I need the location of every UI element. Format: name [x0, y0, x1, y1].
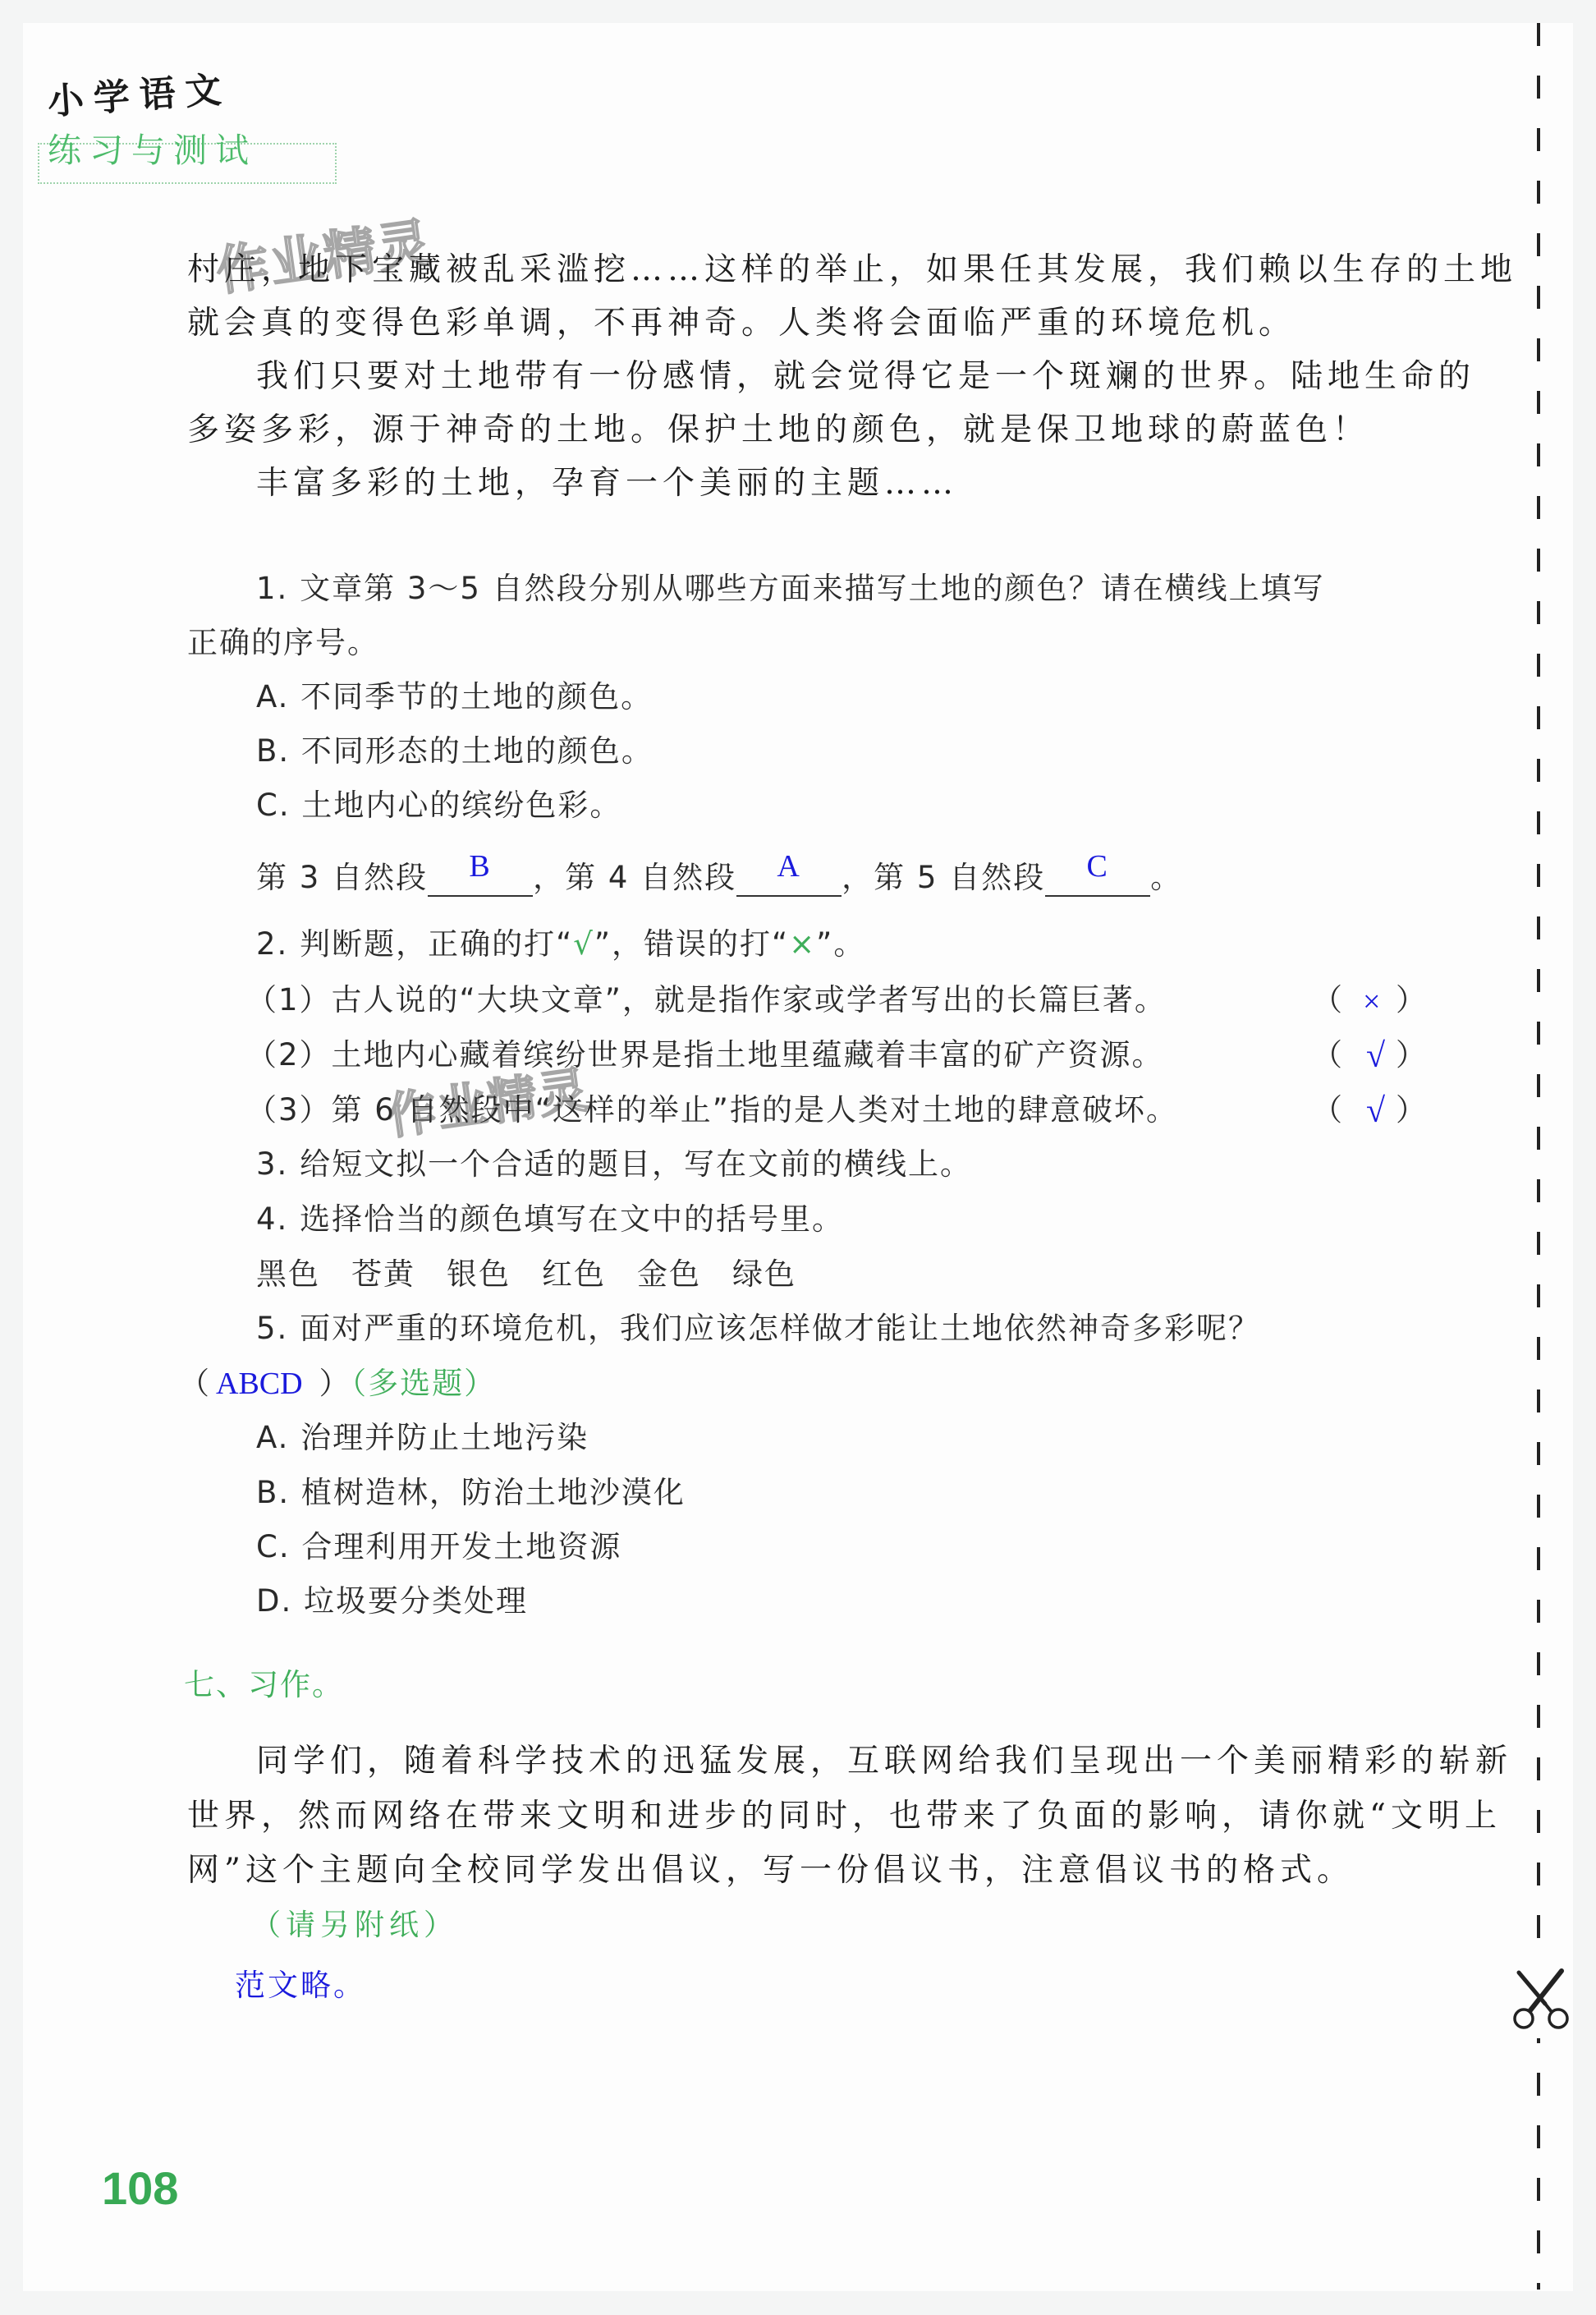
section7-prompt-line: 世界，然而网络在带来文明和进步的同时，也带来了负面的影响，请你就“文明上 — [187, 1798, 1502, 1835]
q1-p5-blank[interactable]: C — [1045, 859, 1150, 897]
q2-answer-3-open: （ — [1312, 1091, 1344, 1129]
q1-option-c: C. 土地内心的缤纷色彩。 — [256, 787, 621, 824]
q2-item-3: （3）第 6 自然段中“这样的举止”指的是人类对土地的肆意破坏。 — [246, 1091, 1178, 1129]
q1-p4-answer: A — [736, 847, 842, 885]
q5-option-d: D. 垃圾要分类处理 — [256, 1582, 528, 1620]
passage-line: 丰富多彩的土地，孕育一个美丽的主题…… — [256, 465, 958, 503]
q1-option-b: B. 不同形态的土地的颜色。 — [256, 733, 654, 770]
cut-line — [1537, 23, 1540, 2290]
q2-answer-3[interactable]: √ — [1366, 1091, 1385, 1131]
q4-stem: 4. 选择恰当的颜色填写在文中的括号里。 — [256, 1201, 844, 1238]
q5-answer-row: （ABCD）（多选题） — [179, 1365, 496, 1403]
q1-fill-end: 。 — [1150, 860, 1182, 895]
q2-answer-1-open: （ — [1312, 981, 1344, 1019]
q1-fill-row: 第 3 自然段B，第 4 自然段A，第 5 自然段C。 — [256, 859, 1182, 897]
q2-answer-2-close: ） — [1396, 1036, 1428, 1074]
series-subtitle: 练习与测试 — [48, 123, 257, 172]
q1-p3-answer: B — [428, 847, 533, 885]
passage-line: 多姿多彩，源于神奇的土地。保护土地的颜色，就是保卫地球的蔚蓝色！ — [187, 411, 1369, 449]
q5-option-b: B. 植树造林，防治土地沙漠化 — [256, 1474, 686, 1512]
q5-option-c: C. 合理利用开发土地资源 — [256, 1528, 621, 1566]
q2-answer-1[interactable]: × — [1363, 984, 1380, 1020]
q5-stem: 5. 面对严重的环境危机，我们应该怎样做才能让土地依然神奇多彩呢？ — [256, 1310, 1260, 1348]
q3-stem: 3. 给短文拟一个合适的题目，写在文前的横线上。 — [256, 1146, 972, 1183]
color-option: 苍黄 — [351, 1256, 415, 1292]
color-option: 金色 — [637, 1256, 701, 1292]
color-option: 红色 — [542, 1256, 606, 1292]
q1-p4-blank[interactable]: A — [736, 859, 842, 897]
section7-prompt-line: 同学们，随着科学技术的迅猛发展，互联网给我们呈现出一个美丽精彩的崭新 — [256, 1743, 1512, 1780]
q2-stem-suffix: ”。 — [816, 926, 865, 962]
q2-stem: 2. 判断题，正确的打“√”，错误的打“×”。 — [256, 926, 865, 963]
q1-p5-label: ，第 5 自然段 — [842, 860, 1045, 895]
color-option: 黑色 — [256, 1256, 320, 1292]
q2-answer-3-close: ） — [1396, 1091, 1428, 1129]
q1-p3-label: 第 3 自然段 — [256, 860, 428, 895]
check-symbol: √ — [573, 926, 594, 962]
q2-stem-mid: ”，错误的打“ — [594, 926, 789, 962]
q1-stem-cont: 正确的序号。 — [187, 624, 379, 662]
q5-note: （多选题） — [351, 1366, 497, 1401]
q2-stem-prefix: 2. 判断题，正确的打“ — [256, 926, 573, 962]
q5-paren-open: （ — [179, 1366, 211, 1401]
q2-item-1: （1）古人说的“大块文章”，就是指作家或学者写出的长篇巨著。 — [246, 981, 1167, 1019]
q2-answer-2-open: （ — [1312, 1036, 1344, 1074]
passage-line: 就会真的变得色彩单调，不再神奇。人类将会面临严重的环境危机。 — [187, 305, 1296, 342]
attach-note: （请另附纸） — [251, 1907, 458, 1945]
q1-p3-blank[interactable]: B — [428, 859, 533, 897]
q2-item-2: （2）土地内心藏着缤纷世界是指土地里蕴藏着丰富的矿产资源。 — [246, 1036, 1164, 1074]
q5-answer[interactable]: ABCD — [216, 1366, 303, 1401]
section7-prompt-line: 网”这个主题向全校同学发出倡议，写一份倡议书，注意倡议书的格式。 — [187, 1852, 1354, 1890]
color-option: 银色 — [447, 1256, 511, 1292]
q1-option-a: A. 不同季节的土地的颜色。 — [256, 678, 653, 716]
q1-p5-answer: C — [1045, 847, 1150, 885]
q4-color-options: 黑色苍黄银色红色金色绿色 — [256, 1256, 796, 1293]
passage-line: 村庄，地下宝藏被乱采滥挖……这样的举止，如果任其发展，我们赖以生存的土地 — [187, 251, 1517, 289]
q2-answer-1-close: ） — [1396, 981, 1428, 1019]
page-number: 108 — [102, 2161, 178, 2215]
q5-option-a: A. 治理并防止土地污染 — [256, 1419, 589, 1457]
scissors-icon — [1507, 1968, 1573, 2038]
q2-answer-2[interactable]: √ — [1366, 1036, 1385, 1076]
color-option: 绿色 — [732, 1256, 796, 1292]
section7-heading: 七、习作。 — [184, 1666, 344, 1704]
q1-stem: 1. 文章第 3～5 自然段分别从哪些方面来描写土地的颜色？请在横线上填写 — [256, 570, 1325, 608]
section7-answer: 范文略。 — [235, 1967, 366, 2005]
q5-paren-close: ） — [319, 1366, 351, 1401]
q1-p4-label: ，第 4 自然段 — [533, 860, 736, 895]
cross-symbol: × — [789, 926, 816, 962]
passage-line: 我们只要对土地带有一份感情，就会觉得它是一个斑斓的世界。陆地生命的 — [256, 358, 1475, 396]
